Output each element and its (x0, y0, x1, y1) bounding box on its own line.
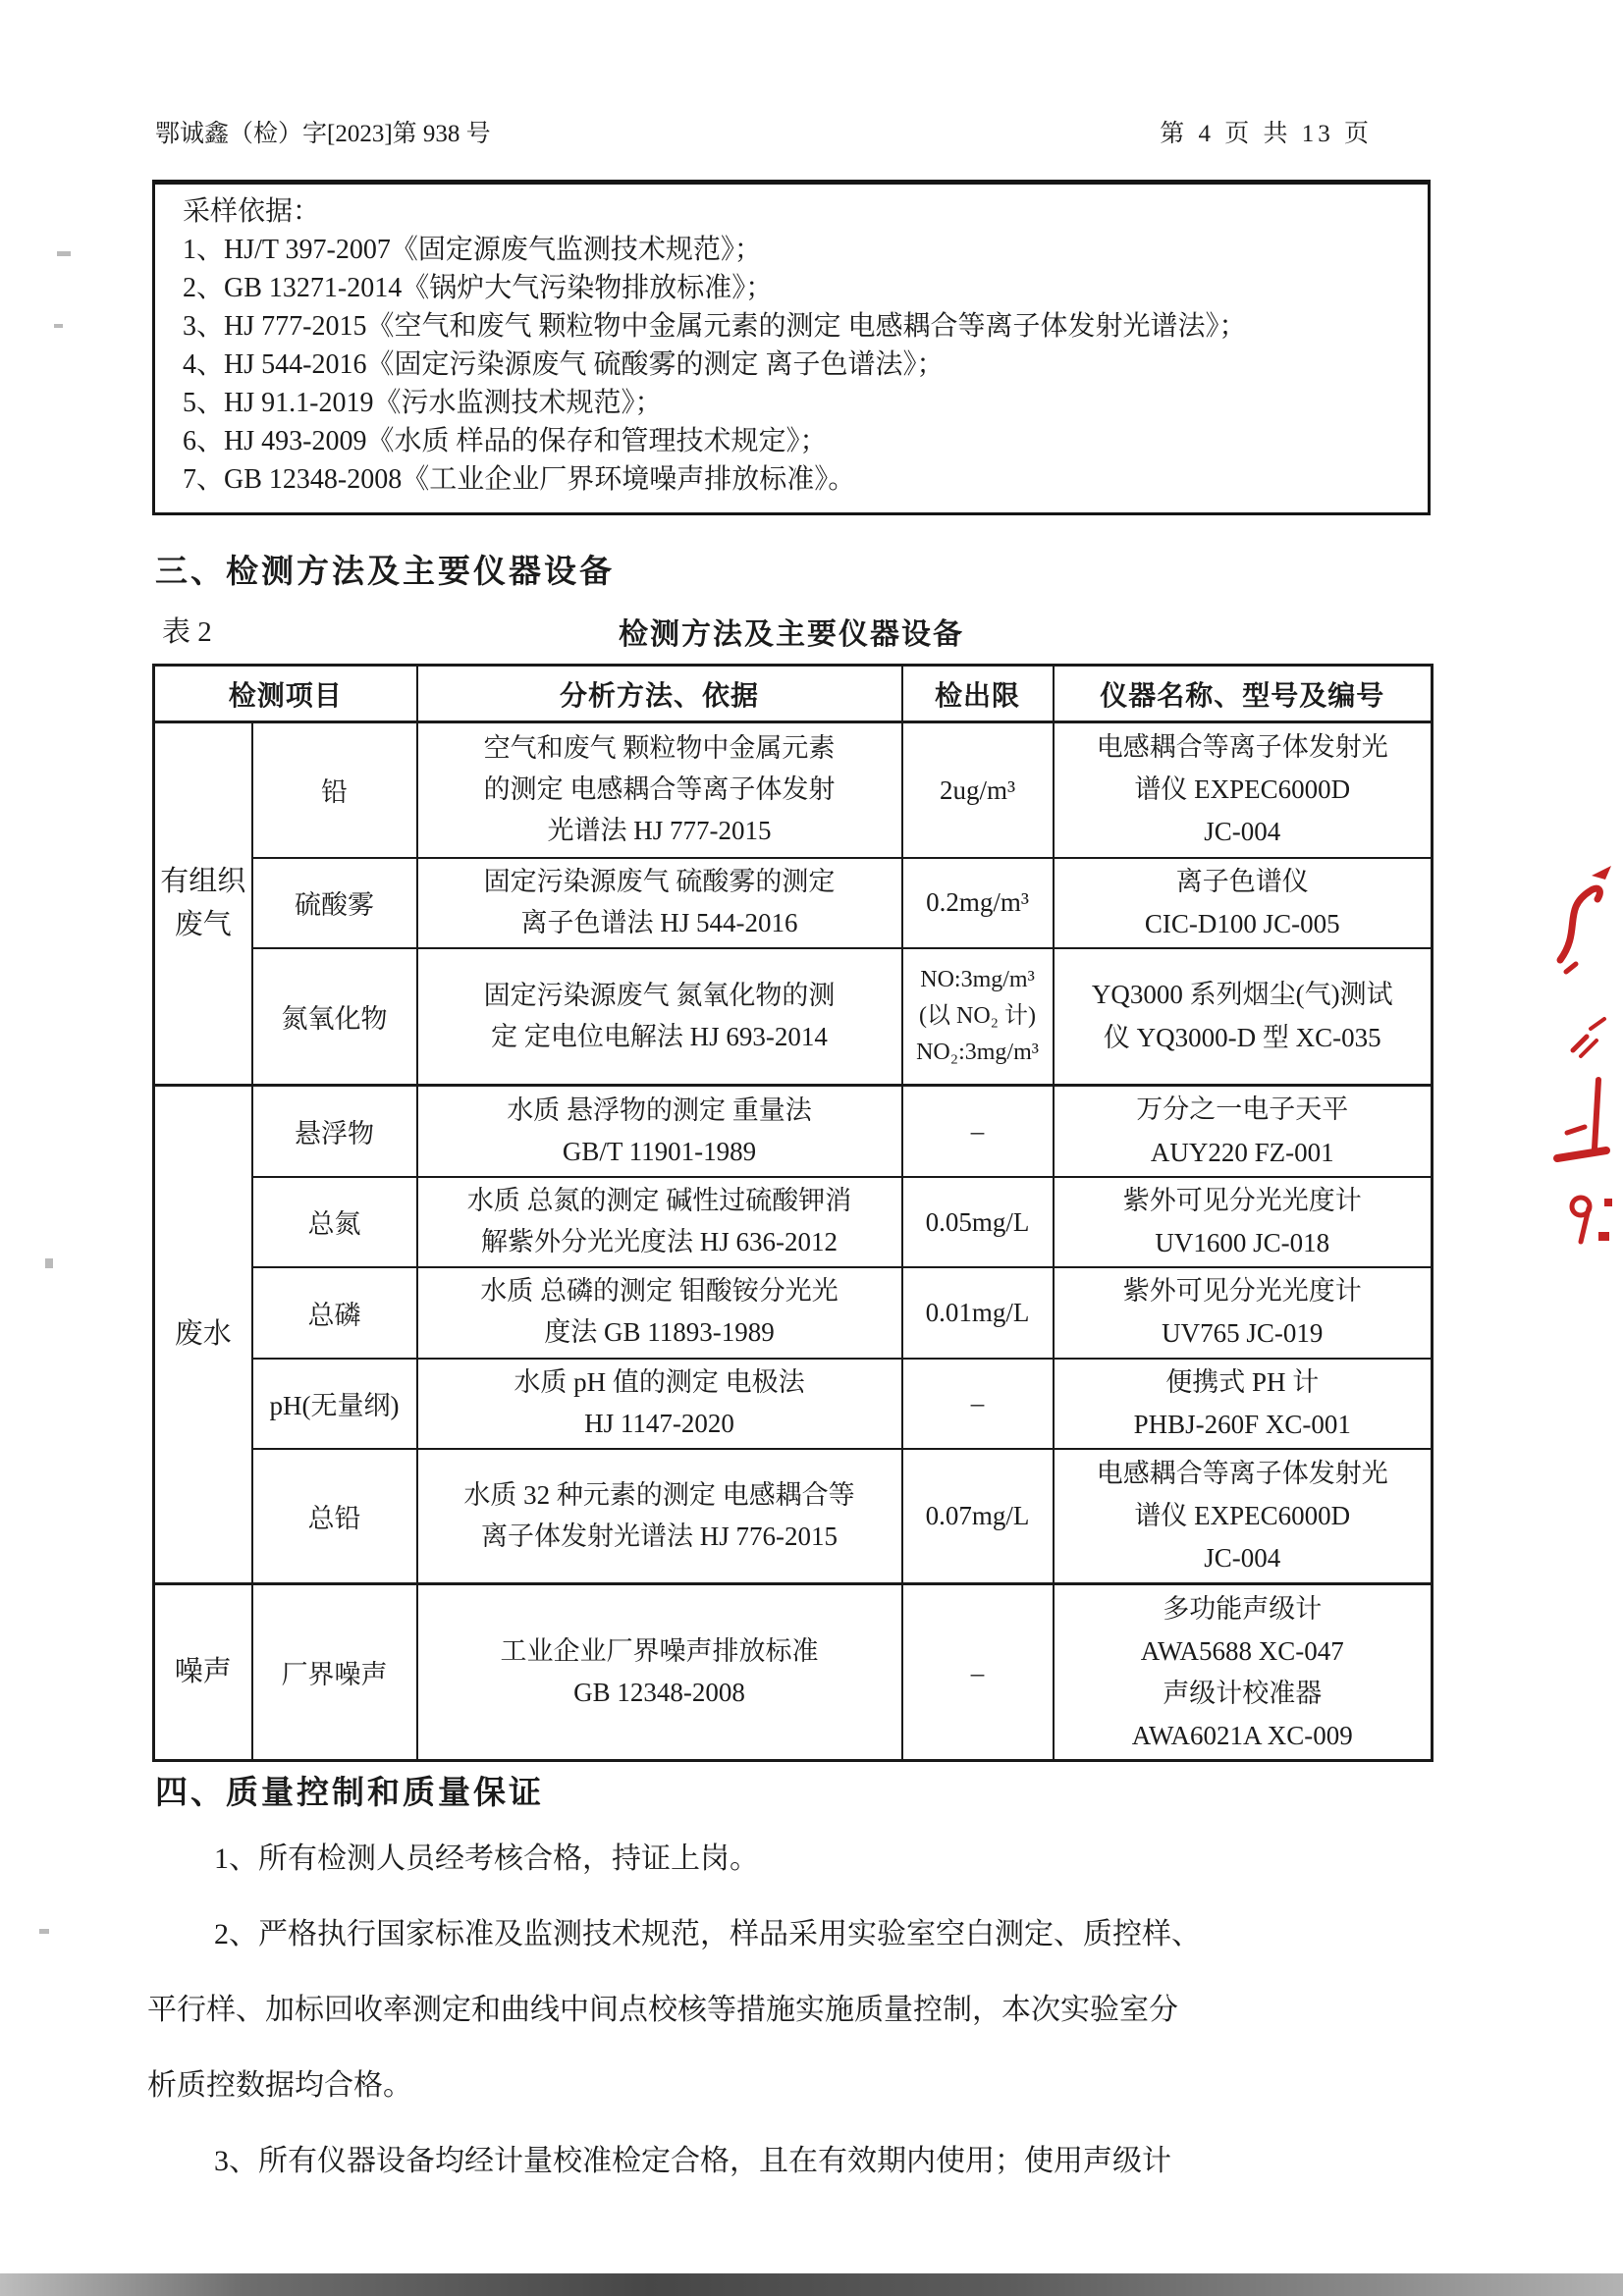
col-header-limit: 检出限 (902, 666, 1054, 722)
item-cell: 悬浮物 (252, 1086, 417, 1177)
table-row: 有组织 废气 铅 空气和废气 颗粒物中金属元素 的测定 电感耦合等离子体发射 光… (154, 722, 1433, 858)
sampling-basis-item: 7、GB 12348-2008《工业企业厂界环境噪声排放标准》。 (183, 460, 1410, 499)
table-title: 检测方法及主要仪器设备 (152, 610, 1431, 653)
table-row: 氮氧化物 固定污染源废气 氮氧化物的测 定 定电位电解法 HJ 693-2014… (154, 948, 1433, 1086)
sampling-basis-item: 5、HJ 91.1-2019《污水监测技术规范》； (183, 384, 1410, 422)
scan-speck (45, 1258, 53, 1268)
qa-paragraph-line: 1、所有检测人员经考核合格，持证上岗。 (214, 1834, 759, 1877)
page-header: 鄂诚鑫（检）字[2023]第 938 号 第 4 页 共 13 页 (155, 114, 1373, 149)
item-cell: pH(无量纲) (252, 1359, 417, 1449)
limit-cell: 0.2mg/m³ (902, 858, 1054, 948)
limit-cell: – (902, 1359, 1054, 1449)
red-ink-mark-1 (1546, 862, 1620, 980)
item-cell: 总氮 (252, 1177, 417, 1267)
method-cell: 空气和废气 颗粒物中金属元素 的测定 电感耦合等离子体发射 光谱法 HJ 777… (417, 722, 902, 858)
table-row: 噪声 厂界噪声 工业企业厂界噪声排放标准 GB 12348-2008 – 多功能… (154, 1584, 1433, 1761)
method-cell: 水质 悬浮物的测定 重量法 GB/T 11901-1989 (417, 1086, 902, 1177)
table-row: 总磷 水质 总磷的测定 钼酸铵分光光 度法 GB 11893-1989 0.01… (154, 1267, 1433, 1358)
table-header-row: 检测项目 分析方法、依据 检出限 仪器名称、型号及编号 (154, 666, 1433, 722)
group-cell-organized-exhaust: 有组织 废气 (154, 722, 252, 1086)
page-indicator: 第 4 页 共 13 页 (1160, 114, 1373, 149)
sampling-basis-item: 1、HJ/T 397-2007《固定源废气监测技术规范》； (183, 231, 1410, 269)
limit-cell: NO:3mg/m³ (以 NO₂ 计) NO₂:3mg/m³ (902, 948, 1054, 1086)
doc-number: 鄂诚鑫（检）字[2023]第 938 号 (155, 114, 491, 149)
item-cell: 铅 (252, 722, 417, 858)
limit-cell: – (902, 1086, 1054, 1177)
sampling-basis-item: 2、GB 13271-2014《锅炉大气污染物排放标准》； (183, 269, 1410, 307)
scan-speck (54, 324, 63, 328)
item-cell: 氮氧化物 (252, 948, 417, 1086)
col-header-item: 检测项目 (154, 666, 417, 722)
item-cell: 总磷 (252, 1267, 417, 1358)
group-cell-wastewater: 废水 (154, 1086, 252, 1584)
table-caption-row: 表 2 检测方法及主要仪器设备 (152, 610, 1431, 649)
table-row: 废水 悬浮物 水质 悬浮物的测定 重量法 GB/T 11901-1989 – 万… (154, 1086, 1433, 1177)
limit-cell: 0.07mg/L (902, 1449, 1054, 1584)
sampling-basis-box: 采样依据： 1、HJ/T 397-2007《固定源废气监测技术规范》； 2、GB… (152, 180, 1431, 515)
qa-paragraph-line: 平行样、加标回收率测定和曲线中间点校核等措施实施质量控制，本次实验室分 (147, 1985, 1178, 2028)
instrument-cell: 紫外可见分光光度计 UV1600 JC-018 (1054, 1177, 1433, 1267)
table-row: 总氮 水质 总氮的测定 碱性过硫酸钾消 解紫外分光光度法 HJ 636-2012… (154, 1177, 1433, 1267)
qa-paragraph-line: 2、严格执行国家标准及监测技术规范，样品采用实验室空白测定、质控样、 (214, 1909, 1201, 1952)
instrument-cell: 电感耦合等离子体发射光 谱仪 EXPEC6000D JC-004 (1054, 1449, 1433, 1584)
method-cell: 固定污染源废气 硫酸雾的测定 离子色谱法 HJ 544-2016 (417, 858, 902, 948)
methods-instruments-table: 检测项目 分析方法、依据 检出限 仪器名称、型号及编号 有组织 废气 铅 空气和… (152, 664, 1434, 1762)
table-row: 总铅 水质 32 种元素的测定 电感耦合等 离子体发射光谱法 HJ 776-20… (154, 1449, 1433, 1584)
method-cell: 水质 总磷的测定 钼酸铵分光光 度法 GB 11893-1989 (417, 1267, 902, 1358)
scan-speck (57, 251, 71, 256)
item-cell: 硫酸雾 (252, 858, 417, 948)
instrument-cell: 离子色谱仪 CIC-D100 JC-005 (1054, 858, 1433, 948)
sampling-basis-item: 6、HJ 493-2009《水质 样品的保存和管理技术规定》； (183, 422, 1410, 460)
limit-cell: 0.01mg/L (902, 1267, 1054, 1358)
limit-cell: 0.05mg/L (902, 1177, 1054, 1267)
scan-speck (39, 1929, 49, 1934)
instrument-cell: 紫外可见分光光度计 UV765 JC-019 (1054, 1267, 1433, 1358)
instrument-cell: 电感耦合等离子体发射光 谱仪 EXPEC6000D JC-004 (1054, 722, 1433, 858)
red-ink-mark-4 (1567, 1193, 1616, 1252)
col-header-method: 分析方法、依据 (417, 666, 902, 722)
qa-paragraph-line: 3、所有仪器设备均经计量校准检定合格，且在有效期内使用；使用声级计 (214, 2136, 1171, 2179)
instrument-cell: YQ3000 系列烟尘(气)测试 仪 YQ3000-D 型 XC-035 (1054, 948, 1433, 1086)
sampling-basis-title: 采样依据： (183, 192, 1410, 231)
limit-cell: 2ug/m³ (902, 722, 1054, 858)
qa-paragraph-line: 析质控数据均合格。 (147, 2060, 412, 2104)
method-cell: 水质 32 种元素的测定 电感耦合等 离子体发射光谱法 HJ 776-2015 (417, 1449, 902, 1584)
scan-edge-band (0, 2273, 1623, 2296)
section4-heading: 四、质量控制和质量保证 (155, 1767, 544, 1813)
instrument-cell: 多功能声级计 AWA5688 XC-047 声级计校准器 AWA6021A XC… (1054, 1584, 1433, 1761)
item-cell: 厂界噪声 (252, 1584, 417, 1761)
item-cell: 总铅 (252, 1449, 417, 1584)
limit-cell: – (902, 1584, 1054, 1761)
method-cell: 水质 pH 值的测定 电极法 HJ 1147-2020 (417, 1359, 902, 1449)
red-ink-mark-3 (1549, 1072, 1618, 1170)
table-row: 硫酸雾 固定污染源废气 硫酸雾的测定 离子色谱法 HJ 544-2016 0.2… (154, 858, 1433, 948)
group-cell-noise: 噪声 (154, 1584, 252, 1761)
red-ink-mark-2 (1567, 1013, 1611, 1062)
instrument-cell: 万分之一电子天平 AUY220 FZ-001 (1054, 1086, 1433, 1177)
table-row: pH(无量纲) 水质 pH 值的测定 电极法 HJ 1147-2020 – 便携… (154, 1359, 1433, 1449)
col-header-instrument: 仪器名称、型号及编号 (1054, 666, 1433, 722)
sampling-basis-item: 3、HJ 777-2015《空气和废气 颗粒物中金属元素的测定 电感耦合等离子体… (183, 307, 1410, 346)
section3-heading: 三、检测方法及主要仪器设备 (155, 546, 615, 592)
sampling-basis-item: 4、HJ 544-2016《固定污染源废气 硫酸雾的测定 离子色谱法》； (183, 346, 1410, 384)
method-cell: 固定污染源废气 氮氧化物的测 定 定电位电解法 HJ 693-2014 (417, 948, 902, 1086)
instrument-cell: 便携式 PH 计 PHBJ-260F XC-001 (1054, 1359, 1433, 1449)
method-cell: 水质 总氮的测定 碱性过硫酸钾消 解紫外分光光度法 HJ 636-2012 (417, 1177, 902, 1267)
method-cell: 工业企业厂界噪声排放标准 GB 12348-2008 (417, 1584, 902, 1761)
